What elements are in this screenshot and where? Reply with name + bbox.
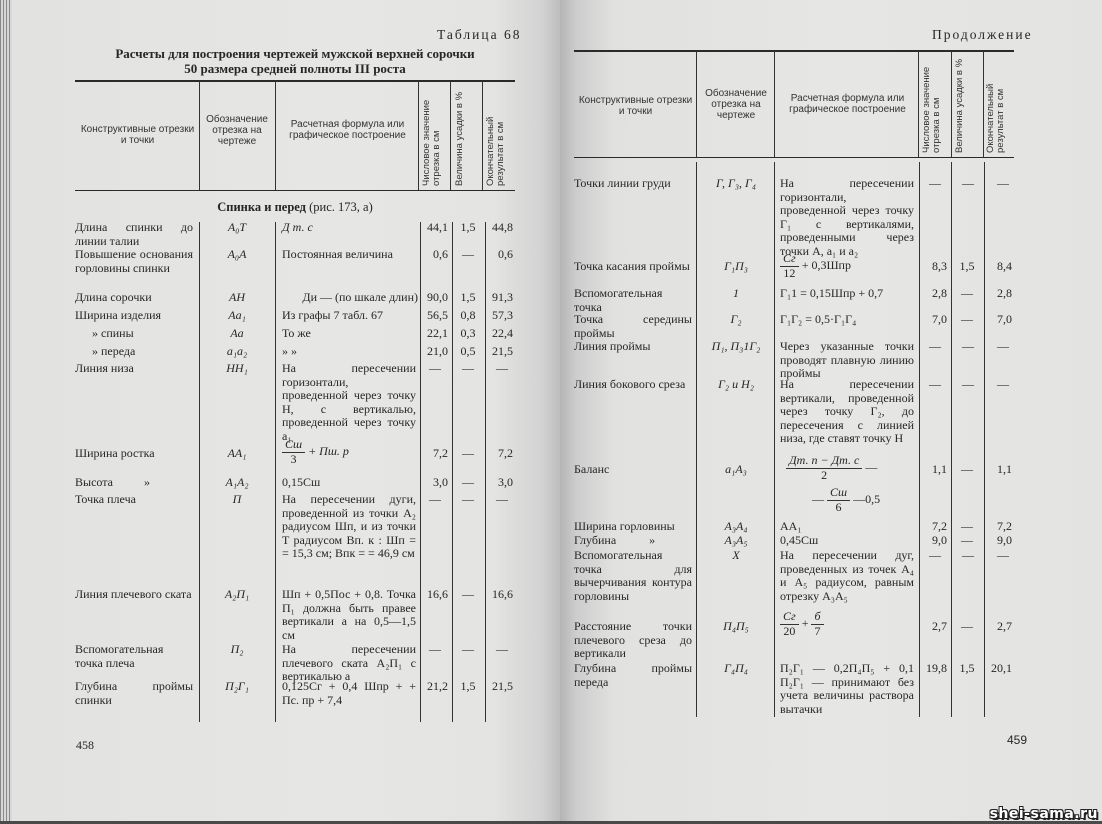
cell-shrink: —: [952, 520, 982, 534]
cell-value: 7,0: [919, 313, 947, 327]
cell-designation: A₃A₅: [700, 534, 772, 548]
cell-value: 7,2: [919, 520, 947, 534]
header-bottom-rule: [574, 157, 1014, 158]
cell-formula: Д т. с: [282, 221, 416, 235]
book-edge: [0, 0, 12, 824]
cell-shrink: —: [952, 534, 982, 548]
cell-name: Точки линии груди: [574, 177, 692, 191]
numerator: б: [811, 610, 823, 625]
table-caption: Расчеты для построения чертежей мужской …: [70, 46, 520, 76]
cell-name: Ширина изделия: [75, 309, 193, 323]
numerator: Сш: [827, 486, 850, 501]
cell-name: Линия бокового среза: [574, 378, 698, 392]
cell-designation: HH₁: [203, 362, 271, 376]
cell-formula: На пересечении плечевого ската A₂П₁ с ве…: [282, 643, 416, 684]
col-divider: [774, 162, 775, 717]
cell-value: 21,2: [420, 680, 448, 694]
cell-name: Расстояние точки плечевого среза до верт…: [574, 620, 692, 661]
numerator: Дт. п − Дт. с: [786, 454, 862, 469]
col-divider: [918, 51, 919, 157]
formula-tail: + Пш. р: [308, 444, 349, 458]
cell-designation: Aa₁: [203, 309, 271, 323]
col-divider: [482, 81, 483, 190]
cell-result: 0,6: [485, 248, 513, 262]
cell-designation: A₀T: [203, 221, 271, 235]
header-shrink: Величина усадки в %: [955, 55, 979, 153]
cell-result: 20,1: [984, 662, 1012, 676]
cell-shrink: —: [453, 476, 483, 490]
formula-tail: +: [802, 616, 809, 630]
cell-shrink: —: [952, 463, 982, 477]
cell-designation: A₀A: [203, 248, 271, 262]
numerator: Сг: [780, 252, 799, 267]
header-shrink: Величина усадки в %: [455, 86, 479, 186]
cell-name: Вспомогательная точка: [574, 287, 692, 314]
cell-shrink: —: [453, 643, 483, 657]
cell-result: 91,3: [485, 291, 513, 305]
section-title: Спинка и перед (рис. 173, а): [75, 200, 515, 215]
cell-formula: На пересечении дуги, проведенной из точк…: [282, 493, 416, 561]
cell-designation: П₁, П₃1Г₂: [700, 340, 772, 354]
fraction: Сг12: [780, 252, 799, 280]
cell-shrink: 1,5: [453, 680, 483, 694]
cell-formula: Дт. п − Дт. с2 — — Сш6 —0,5: [786, 454, 920, 514]
formula-tail: + 0,3Шпр: [802, 258, 851, 272]
cell-shrink: —: [953, 549, 983, 563]
fraction: б7: [811, 610, 823, 638]
cell-name: Вспомогательная точка для вычерчивания к…: [574, 549, 692, 603]
cell-shrink: —: [952, 620, 982, 634]
watermark: shei-sama.ru: [990, 806, 1098, 822]
cell-value: 44,1: [420, 221, 448, 235]
cell-shrink: 1,5: [952, 260, 982, 274]
right-page: Продолжение Конструктивные отрезки и точ…: [560, 0, 1102, 824]
cell-result: 44,8: [485, 221, 513, 235]
cell-name: Ширина горловины: [574, 520, 692, 534]
col-divider: [983, 51, 984, 157]
cell-value: —: [420, 493, 450, 507]
cell-name: Линия низа: [75, 362, 193, 376]
cell-result: 57,3: [485, 309, 513, 323]
cell-name: Повышение основания горловины спинки: [75, 248, 193, 275]
cell-designation: AH: [203, 291, 271, 305]
cell-designation: a₁A₃: [700, 463, 772, 477]
page-number: 458: [76, 738, 94, 753]
cell-result: 21,5: [485, 680, 513, 694]
cell-designation: Г, Г₃, Г₄: [700, 177, 772, 191]
formula-tail: —: [865, 460, 877, 474]
col-divider: [919, 162, 920, 717]
section-ref: (рис. 173, а): [309, 200, 373, 214]
cell-formula: П₂Г₁ — 0,2П₄П₅ + 0,1 П₂Г₁ — принимают бе…: [780, 662, 914, 716]
cell-value: 3,0: [420, 476, 448, 490]
cell-value: 0,6: [420, 248, 448, 262]
cell-formula: На пересечении горизонтали, проведенной …: [282, 362, 416, 443]
cell-result: 21,5: [485, 345, 513, 359]
denominator: 20: [780, 625, 799, 639]
cell-shrink: 0,8: [453, 309, 483, 323]
cell-result: —: [988, 177, 1018, 191]
cell-value: 56,5: [420, 309, 448, 323]
fraction: Сш6: [827, 486, 850, 514]
cell-designation: A₃A₄: [700, 520, 772, 534]
table-top-rule: [75, 80, 515, 82]
cell-formula: Сг12 + 0,3Шпр: [780, 252, 914, 280]
col-divider: [199, 222, 200, 722]
book-spread: Таблица 68 Расчеты для построения чертеж…: [0, 0, 1102, 824]
fraction: Дт. п − Дт. с2: [786, 454, 862, 482]
continuation-label: Продолжение: [932, 27, 1033, 43]
cell-name: » спины: [92, 327, 192, 341]
cell-formula: » »: [282, 345, 416, 359]
header-value: Числовое значение отрезка в см: [422, 86, 448, 186]
cell-result: 7,2: [984, 520, 1012, 534]
cell-value: 9,0: [919, 534, 947, 548]
cell-shrink: —: [453, 493, 483, 507]
cell-value: 21,0: [420, 345, 448, 359]
denominator: 2: [786, 469, 862, 483]
cell-result: 3,0: [485, 476, 513, 490]
cell-result: —: [988, 340, 1018, 354]
cell-designation: a₁a₂: [203, 345, 271, 359]
table-top-rule: [574, 50, 1014, 52]
cell-name: Ширина ростка: [75, 447, 193, 461]
cell-shrink: 0,5: [453, 345, 483, 359]
cell-value: —: [920, 340, 950, 354]
header-designation: Обозначение отрезка на чертеже: [700, 88, 772, 121]
cell-formula: Через указанные точки проводят плавную л…: [780, 340, 914, 381]
cell-designation: X: [700, 549, 772, 563]
cell-designation: Г₄П₄: [700, 662, 772, 676]
cell-result: 22,4: [485, 327, 513, 341]
cell-name: Высота »: [75, 476, 193, 490]
cell-designation: П₂: [203, 643, 271, 657]
cell-shrink: 1,5: [453, 291, 483, 305]
fraction: Cш3: [282, 438, 305, 466]
cell-value: 22,1: [420, 327, 448, 341]
cell-designation: Г₁П₃: [700, 260, 772, 274]
cell-formula: То же: [282, 327, 416, 341]
cell-shrink: —: [453, 588, 483, 602]
cell-result: —: [487, 362, 517, 376]
caption-line-1: Расчеты для построения чертежей мужской …: [70, 46, 520, 61]
denominator: 6: [827, 501, 850, 515]
cell-shrink: 1,5: [952, 662, 982, 676]
cell-name: » переда: [92, 345, 192, 359]
cell-result: —: [487, 493, 517, 507]
cell-shrink: —: [952, 313, 982, 327]
col-divider: [275, 222, 276, 722]
cell-value: 90,0: [420, 291, 448, 305]
cell-result: 2,8: [984, 287, 1012, 301]
cell-result: 9,0: [984, 534, 1012, 548]
cell-formula: 0,15Cш: [282, 476, 416, 490]
col-divider: [696, 51, 697, 157]
cell-name: Длина сорочки: [75, 291, 193, 305]
cell-designation: Aa: [203, 327, 271, 341]
cell-value: 16,6: [420, 588, 448, 602]
header-value: Числовое значение отрезка в см: [922, 55, 948, 153]
col-divider: [418, 81, 419, 190]
cell-value: 19,8: [919, 662, 947, 676]
cell-formula: На пересечении вертикали, проведенной че…: [780, 378, 914, 446]
cell-name: Линия проймы: [574, 340, 692, 354]
cell-value: 7,2: [420, 447, 448, 461]
col-divider: [774, 51, 775, 157]
cell-name: Точка середины проймы: [574, 313, 692, 340]
col-divider: [984, 162, 985, 717]
cell-value: 2,8: [919, 287, 947, 301]
cell-shrink: 1,5: [453, 221, 483, 235]
cell-value: —: [920, 177, 950, 191]
cell-name: Баланс: [574, 463, 692, 477]
cell-formula: Сг20 + б7: [780, 610, 914, 638]
header-name: Конструктивные отрезки и точки: [80, 124, 195, 146]
cell-designation: П₂Г₁: [203, 680, 271, 694]
cell-name: Точка плеча: [75, 493, 193, 507]
cell-name: Длина спинки до линии талии: [75, 221, 193, 248]
header-result: Окончательный результат в см: [486, 86, 512, 186]
col-divider: [951, 162, 952, 717]
cell-shrink: —: [453, 447, 483, 461]
header-formula: Расчетная формула или графическое постро…: [280, 119, 415, 141]
col-divider: [696, 162, 697, 717]
cell-formula: Г₁1 = 0,15Шпр + 0,7: [780, 287, 914, 301]
cell-value: —: [920, 378, 950, 392]
cell-result: 8,4: [984, 260, 1012, 274]
header-result: Окончательный результат в см: [986, 55, 1012, 153]
cell-shrink: —: [953, 340, 983, 354]
col-divider: [199, 81, 200, 190]
section-title-text: Спинка и перед: [217, 200, 306, 214]
header-formula: Расчетная формула или графическое постро…: [780, 93, 915, 115]
cell-name: Глубина проймы переда: [574, 662, 692, 689]
denominator: 3: [282, 453, 305, 467]
cell-formula: Шп + 0,5Пос + 0,8. Точка П₁ должна быть …: [282, 588, 416, 642]
cell-designation: П₄П₅: [700, 620, 772, 634]
cell-result: 7,2: [485, 447, 513, 461]
table-label: Таблица 68: [437, 27, 522, 43]
header-designation: Обозначение отрезка на чертеже: [203, 114, 271, 147]
cell-shrink: —: [453, 362, 483, 376]
formula-tail: —0,5: [853, 492, 880, 506]
cell-formula: AA₁: [780, 520, 914, 534]
cell-designation: AA₁: [203, 447, 271, 461]
cell-name: Глубина »: [574, 534, 692, 548]
col-divider: [951, 51, 952, 157]
col-divider: [450, 81, 451, 190]
cell-designation: A₁A₂: [203, 476, 271, 490]
cell-value: 1,1: [919, 463, 947, 477]
cell-value: —: [420, 643, 450, 657]
denominator: 7: [811, 625, 823, 639]
cell-formula: Постоянная величина: [282, 248, 416, 262]
cell-result: 1,1: [984, 463, 1012, 477]
left-page: Таблица 68 Расчеты для построения чертеж…: [0, 0, 560, 824]
cell-result: 2,7: [984, 620, 1012, 634]
cell-designation: A₂П₁: [203, 588, 271, 602]
fraction: Сг20: [780, 610, 799, 638]
cell-formula: 0,45Cш: [780, 534, 914, 548]
header-name: Конструктивные отрезки и точки: [578, 95, 693, 117]
cell-designation: Г₂ и H₂: [700, 378, 772, 392]
cell-designation: 1: [700, 287, 772, 301]
cell-formula: Ди — (по шкале длин): [290, 291, 418, 305]
cell-shrink: 0,3: [453, 327, 483, 341]
cell-shrink: —: [953, 378, 983, 392]
page-number: 459: [1007, 733, 1027, 747]
cell-result: —: [988, 378, 1018, 392]
col-divider: [275, 81, 276, 190]
caption-line-2: 50 размера средней полноты III роста: [70, 61, 520, 76]
cell-formula: 0,125Сг + 0,4 Шпр + + Пс. пр + 7,4: [282, 680, 416, 707]
cell-value: 2,7: [919, 620, 947, 634]
cell-designation: П: [203, 493, 271, 507]
cell-formula: Из графы 7 табл. 67: [282, 309, 416, 323]
cell-shrink: —: [952, 287, 982, 301]
cell-result: —: [487, 643, 517, 657]
cell-name: Линия плечевого ската: [75, 588, 193, 602]
cell-name: Глубина проймы спинки: [75, 680, 193, 707]
cell-formula: Cш3 + Пш. р: [282, 438, 416, 466]
cell-value: —: [420, 362, 450, 376]
cell-name: Вспомогательная точка плеча: [75, 643, 193, 670]
cell-formula: Г₁Г₂ = 0,5·Г₁Г₄: [780, 313, 914, 327]
cell-formula: На пересечении дуг, проведенных из точек…: [780, 549, 914, 603]
cell-value: —: [920, 549, 950, 563]
denominator: 12: [780, 267, 799, 281]
numerator: Cш: [282, 438, 305, 453]
cell-name: Точка касания проймы: [574, 260, 692, 274]
cell-value: 8,3: [919, 260, 947, 274]
cell-shrink: —: [453, 248, 483, 262]
cell-result: 7,0: [984, 313, 1012, 327]
cell-result: —: [988, 549, 1018, 563]
cell-result: 16,6: [485, 588, 513, 602]
header-bottom-rule: [75, 190, 515, 191]
cell-designation: Г₂: [700, 313, 772, 327]
numerator: Сг: [780, 610, 799, 625]
cell-shrink: —: [953, 177, 983, 191]
cell-formula: На пересечении горизонтали, проведенной …: [780, 177, 914, 258]
